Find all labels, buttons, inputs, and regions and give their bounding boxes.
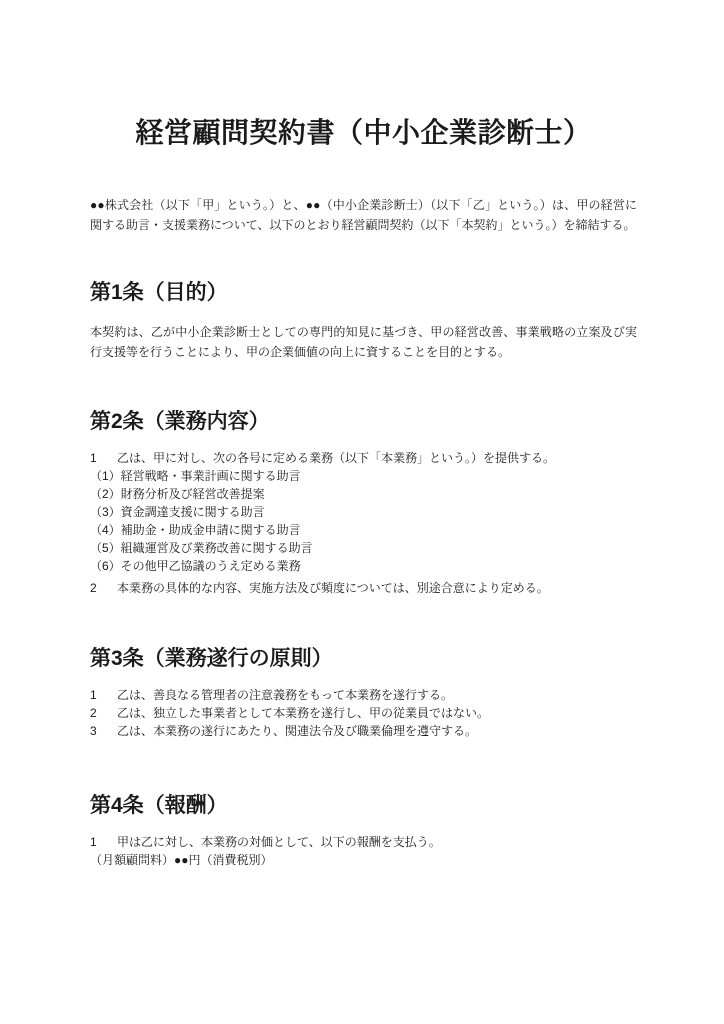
clause-text: 本業務の具体的な内容、実施方法及び頻度については、別途合意により定める。 [117, 579, 637, 597]
service-list-item: （5）組織運営及び業務改善に関する助言 [90, 539, 637, 557]
article-2-clause-1: 1 乙は、甲に対し、次の各号に定める業務（以下「本業務」という。）を提供する。 [90, 449, 637, 467]
article-4-clause-1: 1 甲は乙に対し、本業務の対価として、以下の報酬を支払う。 [90, 833, 637, 851]
clause-text: 乙は、善良なる管理者の注意義務をもって本業務を遂行する。 [117, 686, 637, 704]
article-1-paragraph: 本契約は、乙が中小企業診断士としての専門的知見に基づき、甲の経営改善、事業戦略の… [90, 323, 637, 362]
clause-text: 乙は、甲に対し、次の各号に定める業務（以下「本業務」という。）を提供する。 [117, 449, 637, 467]
document-title: 経営顧問契約書（中小企業診断士） [90, 116, 637, 150]
article-3-clause-3: 3 乙は、本業務の遂行にあたり、関連法令及び職業倫理を遵守する。 [90, 722, 637, 740]
intro-paragraph: ●●株式会社（以下「甲」という。）と、●●（中小企業診断士）（以下「乙」という。… [90, 196, 637, 235]
service-list-item: （2）財務分析及び経営改善提案 [90, 485, 637, 503]
clause-number: 1 [90, 449, 117, 467]
article-2-section: 第2条（業務内容） 1 乙は、甲に対し、次の各号に定める業務（以下「本業務」とい… [90, 408, 637, 597]
service-list-item: （1）経営戦略・事業計画に関する助言 [90, 467, 637, 485]
article-3-clause-1: 1 乙は、善良なる管理者の注意義務をもって本業務を遂行する。 [90, 686, 637, 704]
article-4-section: 第4条（報酬） 1 甲は乙に対し、本業務の対価として、以下の報酬を支払う。 （月… [90, 792, 637, 869]
clause-number: 2 [90, 704, 117, 722]
article-3-clause-2: 2 乙は、独立した事業者として本業務を遂行し、甲の従業員ではない。 [90, 704, 637, 722]
article-1-heading: 第1条（目的） [90, 279, 637, 306]
clause-number: 2 [90, 579, 117, 597]
clause-text: 乙は、独立した事業者として本業務を遂行し、甲の従業員ではない。 [117, 704, 637, 722]
clause-text: 乙は、本業務の遂行にあたり、関連法令及び職業倫理を遵守する。 [117, 722, 637, 740]
article-2-heading: 第2条（業務内容） [90, 408, 637, 435]
contract-document-page: 経営顧問契約書（中小企業診断士） ●●株式会社（以下「甲」という。）と、●●（中… [0, 0, 724, 1024]
service-list-item: （4）補助金・助成金申請に関する助言 [90, 521, 637, 539]
article-4-heading: 第4条（報酬） [90, 792, 637, 819]
clause-number: 1 [90, 686, 117, 704]
service-list-item: （6）その他甲乙協議のうえ定める業務 [90, 557, 637, 575]
service-list: （1）経営戦略・事業計画に関する助言 （2）財務分析及び経営改善提案 （3）資金… [90, 467, 637, 575]
article-3-heading: 第3条（業務遂行の原則） [90, 645, 637, 672]
fee-note: （月額顧問料）●●円（消費税別） [90, 851, 637, 869]
article-3-section: 第3条（業務遂行の原則） 1 乙は、善良なる管理者の注意義務をもって本業務を遂行… [90, 645, 637, 740]
service-list-item: （3）資金調達支援に関する助言 [90, 503, 637, 521]
article-2-clause-2: 2 本業務の具体的な内容、実施方法及び頻度については、別途合意により定める。 [90, 579, 637, 597]
clause-text: 甲は乙に対し、本業務の対価として、以下の報酬を支払う。 [117, 833, 637, 851]
article-1-section: 第1条（目的） 本契約は、乙が中小企業診断士としての専門的知見に基づき、甲の経営… [90, 279, 637, 362]
clause-number: 3 [90, 722, 117, 740]
clause-number: 1 [90, 833, 117, 851]
